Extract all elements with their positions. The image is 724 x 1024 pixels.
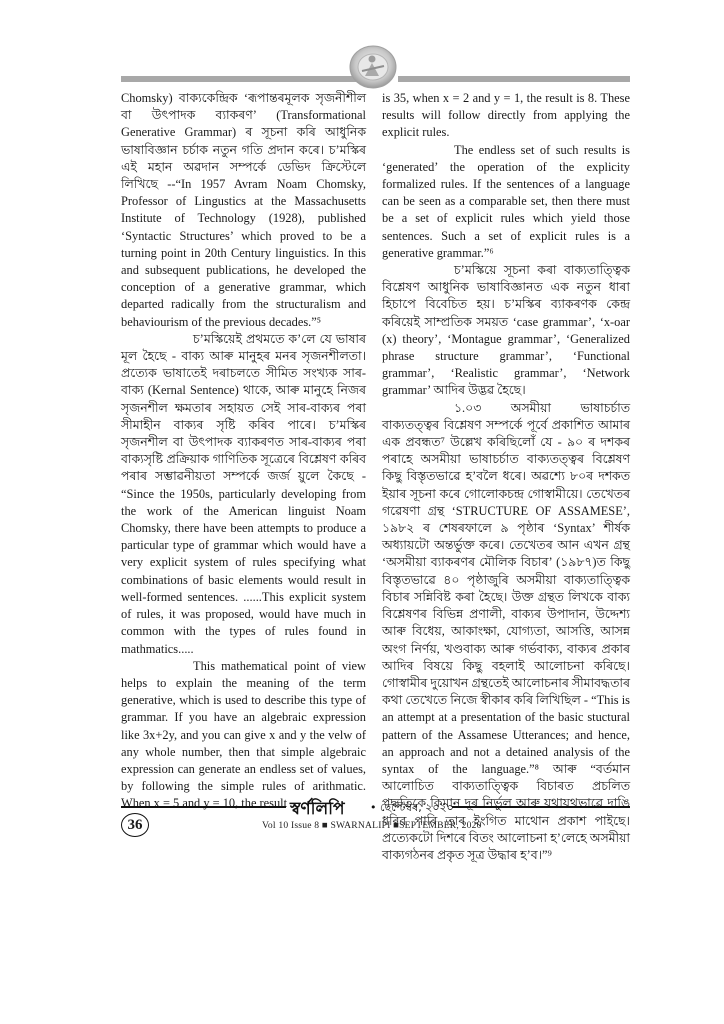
left-column: Chomsky) বাক্যকেন্দ্রিক ‘ৰূপান্তৰমূলক সৃ… xyxy=(121,90,366,813)
emblem-icon xyxy=(348,44,398,90)
paragraph: ১.০৩ অসমীয়া ভাষাচৰ্চাত বাক্যতত্ত্বৰ বিশ… xyxy=(382,400,630,864)
paragraph: This mathematical point of view helps to… xyxy=(121,658,366,813)
footer-rule-left xyxy=(121,806,286,808)
paragraph: is 35, when x = 2 and y = 1, the result … xyxy=(382,90,630,142)
paragraph: Chomsky) বাক্যকেন্দ্রিক ‘ৰূপান্তৰমূলক সৃ… xyxy=(121,90,366,331)
paragraph: চ’মস্কিয়েই প্ৰথমতে ক’লে যে ভাষাৰ মূল হৈ… xyxy=(121,331,366,658)
issue-meta: Vol 10 Issue 8 ■ SWARNALIPI ■SEPTEMBER, … xyxy=(262,820,482,831)
page-number: 36 xyxy=(121,813,149,837)
paragraph: চ’মস্কিয়ে সূচনা কৰা বাক্যতাত্ত্বিক বিশ্… xyxy=(382,262,630,400)
header-rule-left xyxy=(121,76,356,82)
header-rule-right xyxy=(398,76,630,82)
right-column: is 35, when x = 2 and y = 1, the result … xyxy=(382,90,630,864)
footer-rule-right xyxy=(452,806,630,808)
issue-date: • ছেপ্টেম্বৰ, ২০২০ xyxy=(370,799,454,818)
paragraph: The endless set of such results is ‘gene… xyxy=(382,142,630,262)
